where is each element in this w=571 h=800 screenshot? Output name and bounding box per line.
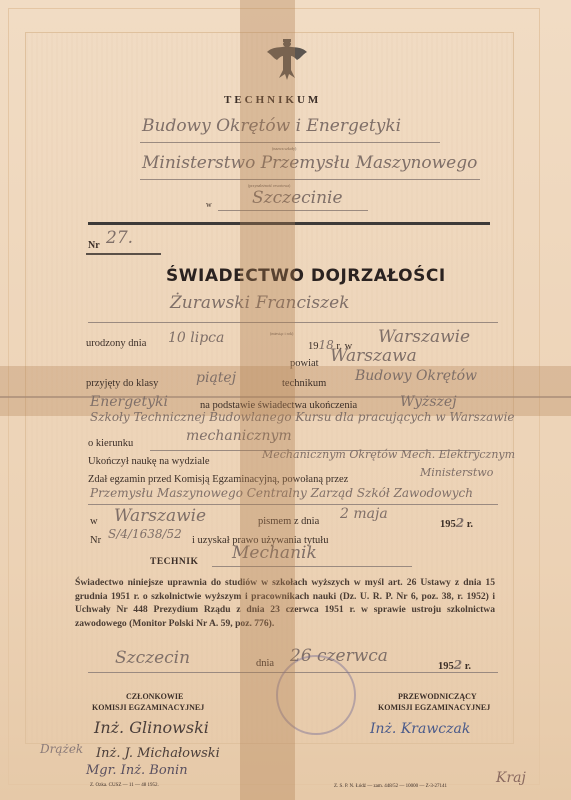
members-heading-2: KOMISJI EGZAMINACYJNEJ (92, 703, 204, 712)
chair-heading-2: KOMISJI EGZAMINACYJNEJ (378, 703, 490, 712)
side-note-signature: Drążek (40, 742, 83, 756)
admitted-line3: Szkoły Technicznej Budowlanego Kursu dla… (90, 410, 515, 424)
county-value: Warszawa (330, 346, 417, 366)
birth-date: 10 lipca (168, 330, 224, 346)
birth-place: Warszawie (378, 327, 470, 347)
direction-label: o kierunku (88, 438, 133, 449)
document-title: ŚWIADECTWO DOJRZAŁOŚCI (166, 266, 446, 286)
certificate-number: 27. (106, 228, 133, 248)
letter-prefix: w (90, 516, 98, 527)
issued-place: Szczecin (115, 648, 190, 668)
admitted-line2-hand: Energetyki (90, 394, 168, 410)
exam-value-tail: Ministerstwo (420, 466, 493, 479)
ministry: Ministerstwo Przemysłu Maszynowego (142, 153, 477, 173)
member-signature-3: Mgr. Inż. Bonin (86, 763, 188, 778)
born-label: urodzony dnia (86, 338, 146, 349)
completed-value: Mechanicznym Okrętów Mech. Elektrycznym (262, 448, 515, 461)
ref-label: Nr (90, 535, 101, 546)
letter-place: Warszawie (114, 506, 206, 526)
admitted-label: przyjęty do klasy (86, 378, 158, 389)
chair-heading-1: PRZEWODNICZĄCY (398, 692, 477, 701)
member-signature-2: Inż. J. Michałowski (96, 746, 220, 761)
ref-value: S/4/1638/52 (108, 527, 182, 541)
technik-label: TECHNIK (150, 557, 198, 567)
admitted-line2-tail: Wyższej (400, 394, 457, 410)
footer-signature: Kraj (496, 770, 526, 786)
completed-label: Ukończył naukę na wydziale (88, 456, 210, 467)
location-prefix: w (206, 200, 212, 209)
technikum-value: Budowy Okrętów (355, 368, 477, 384)
members-heading-1: CZŁONKOWIE (126, 692, 183, 701)
footer-right: Z. S. P. N. Łódź — zam. 448/52 — 10000 —… (334, 784, 447, 789)
admitted-class: piątej (196, 370, 236, 386)
issued-year: 1952 r. (438, 658, 471, 672)
tape-vertical (240, 0, 295, 800)
footer-left: Z. Ozka. CUSZ — 11 — 48 1952. (90, 783, 159, 788)
letter-date: 2 maja (340, 506, 388, 522)
letter-year: 1952 r. (440, 516, 473, 530)
member-signature-1: Inż. Glinowski (94, 718, 209, 737)
exam-label: Zdał egzamin przed Komisją Egzaminacyjną… (88, 474, 348, 485)
chair-signature: Inż. Krawczak (370, 721, 470, 737)
number-label: Nr (88, 240, 100, 251)
